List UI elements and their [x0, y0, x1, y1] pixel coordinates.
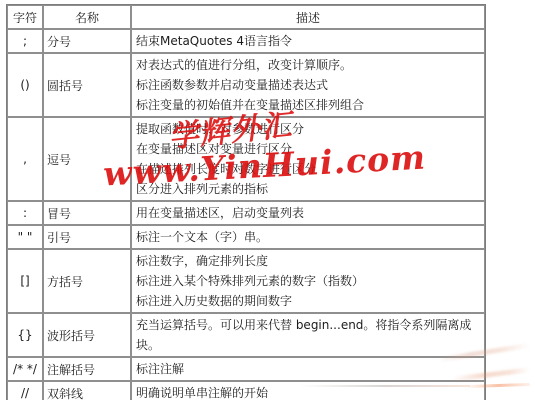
description-line: 提取函数值时，对参数进行区分 [136, 119, 481, 139]
header-name: 名称 [43, 5, 131, 29]
table-header-row: 字符 名称 描述 [7, 5, 485, 29]
table-row: []方括号标注数字，确定排列长度标注进入某个特殊排列元素的数字（指数）标注进入历… [7, 249, 485, 313]
name-cell: 双斜线 [43, 381, 131, 400]
description-line: 在变量描述区对变量进行区分 [136, 139, 481, 159]
description-line: 在描述排列长度时对数字进行区分 [136, 159, 481, 179]
description-line: 标注进入历史数据的期间数字 [136, 291, 481, 311]
description-line: 标注注解 [136, 359, 481, 379]
symbol-cell: : [7, 201, 43, 225]
table-row: ()圆括号对表达式的值进行分组，改变计算顺序。标注函数参数并启动变量描述表达式标… [7, 53, 485, 117]
description-line: 标注变量的初始值并在变量描述区排列组合 [136, 95, 481, 115]
document-page: 字符 名称 描述 ;分号结束MetaQuotes 4语言指令()圆括号对表达式的… [0, 0, 535, 400]
description-line: 对表达式的值进行分组，改变计算顺序。 [136, 55, 481, 75]
symbol-cell: " " [7, 225, 43, 249]
header-description: 描述 [131, 5, 485, 29]
symbol-cell: [] [7, 249, 43, 313]
table-row: ,逗号提取函数值时，对参数进行区分在变量描述区对变量进行区分在描述排列长度时对数… [7, 117, 485, 201]
name-cell: 冒号 [43, 201, 131, 225]
description-line: 明确说明单串注解的开始 [136, 383, 481, 400]
description-cell: 标注注解 [131, 357, 485, 381]
symbol-cell: () [7, 53, 43, 117]
description-cell: 提取函数值时，对参数进行区分在变量描述区对变量进行区分在描述排列长度时对数字进行… [131, 117, 485, 201]
name-cell: 逗号 [43, 117, 131, 201]
table-body: ;分号结束MetaQuotes 4语言指令()圆括号对表达式的值进行分组，改变计… [7, 29, 485, 400]
symbol-cell: /* */ [7, 357, 43, 381]
name-cell: 方括号 [43, 249, 131, 313]
description-line: 标注数字，确定排列长度 [136, 251, 481, 271]
name-cell: 注解括号 [43, 357, 131, 381]
description-line: 区分进入排列元素的指标 [136, 179, 481, 199]
symbol-cell: ; [7, 29, 43, 53]
description-line: 标注一个文本（字）串。 [136, 227, 481, 247]
description-line: 用在变量描述区，启动变量列表 [136, 203, 481, 223]
description-line: 结束MetaQuotes 4语言指令 [136, 31, 481, 51]
symbols-table: 字符 名称 描述 ;分号结束MetaQuotes 4语言指令()圆括号对表达式的… [6, 4, 486, 400]
description-cell: 对表达式的值进行分组，改变计算顺序。标注函数参数并启动变量描述表达式标注变量的初… [131, 53, 485, 117]
description-line: 充当运算括号。可以用来代替 begin...end。将指令系列隔离成块。 [136, 315, 481, 355]
description-cell: 明确说明单串注解的开始 [131, 381, 485, 400]
symbol-cell: // [7, 381, 43, 400]
table-row: //双斜线明确说明单串注解的开始 [7, 381, 485, 400]
header-symbol: 字符 [7, 5, 43, 29]
name-cell: 分号 [43, 29, 131, 53]
table-row: " "引号标注一个文本（字）串。 [7, 225, 485, 249]
table-row: ;分号结束MetaQuotes 4语言指令 [7, 29, 485, 53]
description-line: 标注函数参数并启动变量描述表达式 [136, 75, 481, 95]
table-row: {}波形括号充当运算括号。可以用来代替 begin...end。将指令系列隔离成… [7, 313, 485, 357]
name-cell: 波形括号 [43, 313, 131, 357]
description-cell: 标注数字，确定排列长度标注进入某个特殊排列元素的数字（指数）标注进入历史数据的期… [131, 249, 485, 313]
symbol-cell: , [7, 117, 43, 201]
description-line: 标注进入某个特殊排列元素的数字（指数） [136, 271, 481, 291]
symbol-cell: {} [7, 313, 43, 357]
table-row: /* */注解括号标注注解 [7, 357, 485, 381]
name-cell: 引号 [43, 225, 131, 249]
description-cell: 标注一个文本（字）串。 [131, 225, 485, 249]
name-cell: 圆括号 [43, 53, 131, 117]
description-cell: 用在变量描述区，启动变量列表 [131, 201, 485, 225]
table-row: :冒号用在变量描述区，启动变量列表 [7, 201, 485, 225]
description-cell: 结束MetaQuotes 4语言指令 [131, 29, 485, 53]
description-cell: 充当运算括号。可以用来代替 begin...end。将指令系列隔离成块。 [131, 313, 485, 357]
